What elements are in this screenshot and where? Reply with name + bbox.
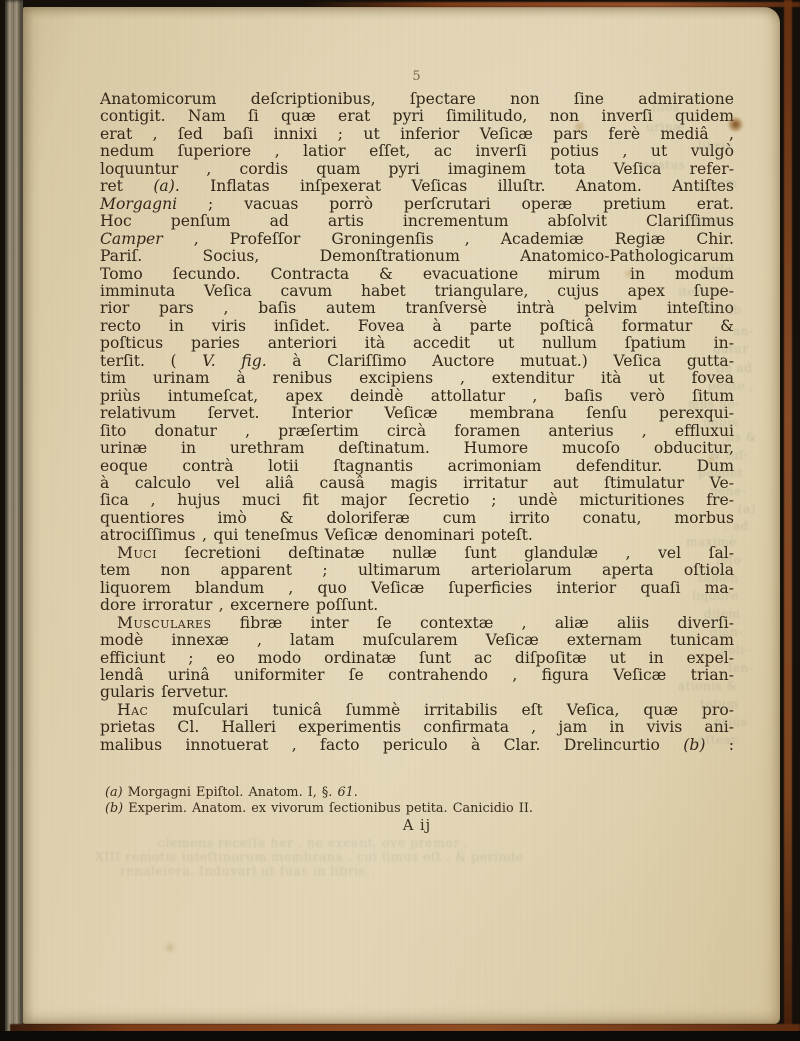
bleedthrough-text: tamen xyxy=(698,571,739,585)
text-line: dore irroratur , excernere poſſunt. xyxy=(100,597,734,614)
text-line: atrociſſimus , qui teneſmus Veſicæ denom… xyxy=(100,527,734,544)
bleedthrough-text: poli- xyxy=(720,643,749,657)
text-segment: fibræ inter ſe contextæ , aliæ aliis div… xyxy=(212,614,734,632)
text-segment: ; vacuas porrò perſcrutari operæ pretium… xyxy=(177,195,734,213)
book-page: 5 Anatomicorum deſcriptionibus, ſpectare… xyxy=(23,7,780,1024)
text-segment: gularis ſervetur. xyxy=(100,683,229,701)
bleedthrough-text: urinæ xyxy=(646,120,685,134)
italic-text: V. fig. xyxy=(202,352,266,370)
text-line: Anatomicorum deſcriptionibus, ſpectare n… xyxy=(100,91,734,108)
gathering-signature: A ij xyxy=(100,818,734,834)
bleedthrough-text: ridant , xyxy=(688,214,737,228)
text-segment: urinæ in urethram deſtinatum. Humore muc… xyxy=(100,439,734,457)
text-line: tim urinam à renibus excipiens , extendi… xyxy=(100,370,734,387)
text-segment: imminuta Veſica cavum habet triangulare,… xyxy=(100,282,734,300)
text-line: imminuta Veſica cavum habet triangulare,… xyxy=(100,283,734,300)
bleedthrough-text: maximè xyxy=(686,535,737,549)
text-segment: . Inflatas inſpexerat Veſicas illuſtr. A… xyxy=(175,177,734,195)
italic-text: (b) xyxy=(105,801,123,816)
bleedthrough-text: renaleiora. Induvari ut ſuas in libris. xyxy=(120,863,370,878)
text-segment: prietas Cl. Halleri experimentis confirm… xyxy=(100,718,734,736)
bleedthrough-text: XIII remotis inteſtinorum membrana , cui… xyxy=(95,849,524,864)
bleedthrough-text: gatur xyxy=(713,342,749,356)
text-segment: Anatomicorum deſcriptionibus, ſpectare n… xyxy=(100,90,734,108)
text-line: poſticus paries anteriori ità accedit ut… xyxy=(100,335,734,352)
text-line: erat , ſed baſi innixi ; ut inferior Veſ… xyxy=(100,126,734,143)
text-segment: malibus innotuerat , facto periculo à Cl… xyxy=(100,736,683,754)
text-segment: ſito donatur , præſertim circà foramen a… xyxy=(100,422,734,440)
bleedthrough-text: totum xyxy=(700,697,738,711)
text-segment: tim urinam à renibus excipiens , extendi… xyxy=(100,369,734,387)
italic-text: Morgagni xyxy=(100,195,177,213)
text-line: urinæ in urethram deſtinatum. Humore muc… xyxy=(100,440,734,457)
text-segment: efficiunt ; eo modo ordinatæ ſunt ac diſ… xyxy=(100,649,734,667)
text-segment: ret xyxy=(100,177,153,195)
page-edges-stack xyxy=(5,0,23,1041)
bleedthrough-text: (a) xyxy=(738,502,756,516)
bleedthrough-text: ationis & xyxy=(678,679,738,693)
text-segment: Morgagni Epiſtol. Anatom. I, §. xyxy=(123,785,338,800)
text-segment: Hoc penſum ad artis incrementum abſolvit… xyxy=(100,212,734,230)
text-segment: . xyxy=(354,785,358,800)
smallcaps-text: Musculares xyxy=(117,614,212,632)
text-line: ſica , hujus muci fit major ſecretio ; u… xyxy=(100,492,734,509)
text-segment: lendâ urinâ uniformiter ſe contrahendo ,… xyxy=(100,666,734,684)
text-segment: quentiores imò & doloriferæ cum irrito c… xyxy=(100,509,734,527)
text-segment: dore irroratur , excernere poſſunt. xyxy=(100,596,378,614)
text-segment: ſecretioni deſtinatæ nullæ ſunt glandulæ… xyxy=(157,544,734,562)
bleedthrough-text: mide- xyxy=(700,262,737,276)
binding-edge-right xyxy=(784,0,792,1041)
text-line: ret (a). Inflatas inſpexerat Veſicas ill… xyxy=(100,178,734,195)
text-line: liquorem blandum , quo Veſicæ ſuperficie… xyxy=(100,580,734,597)
text-line: contigit. Nam ſi quæ erat pyri ſimilitud… xyxy=(100,108,734,125)
binding-edge-top xyxy=(300,2,800,7)
text-segment: erat , ſed baſi innixi ; ut inferior Veſ… xyxy=(100,125,734,143)
bleedthrough-text: pente , xyxy=(708,379,754,393)
text-line: lendâ urinâ uniformiter ſe contrahendo ,… xyxy=(100,667,734,684)
text-segment: priùs intumeſcat, apex deindè attollatur… xyxy=(100,387,734,405)
text-segment: relativum ſervet. Interior Veſicæ membra… xyxy=(100,404,734,422)
bleedthrough-text: oſtear. xyxy=(698,733,740,747)
text-segment: tem non apparent ; ultimarum arteriolaru… xyxy=(100,561,734,579)
text-line: tem non apparent ; ultimarum arteriolaru… xyxy=(100,562,734,579)
bleedthrough-text: pene- xyxy=(710,484,746,498)
italic-text: Camper xyxy=(100,230,163,248)
text-segment: rior pars , baſis autem tranſversè intrà… xyxy=(100,299,734,317)
text-line: Camper , Profeſſor Groningenſis , Academ… xyxy=(100,231,734,248)
foxing-spot xyxy=(163,942,177,953)
bleedthrough-text: an- xyxy=(733,324,753,338)
bleedthrough-text: ile ad xyxy=(716,361,752,375)
text-line: à calculo vel aliâ causâ magis irritatur… xyxy=(100,475,734,492)
book-scan: 5 Anatomicorum deſcriptionibus, ſpectare… xyxy=(0,0,800,1041)
bleedthrough-text: meatus xyxy=(638,158,685,172)
text-line: prietas Cl. Halleri experimentis confirm… xyxy=(100,719,734,736)
text-line: terſit. ( V. fig. à Clariſſimo Auctore m… xyxy=(100,353,734,370)
body-text: Anatomicorum deſcriptionibus, ſpectare n… xyxy=(100,91,734,754)
bleedthrough-text: priùs xyxy=(714,715,748,729)
text-segment: eoque contrà lotii ſtagnantis acrimoniam… xyxy=(100,457,734,475)
text-segment: Pariſ. Socius, Demonſtrationum Anatomico… xyxy=(100,247,734,265)
scan-background xyxy=(0,1031,800,1041)
text-line: Pariſ. Socius, Demonſtrationum Anatomico… xyxy=(100,248,734,265)
bleedthrough-text: do ſub xyxy=(700,303,742,317)
text-line: (a) Morgagni Epiſtol. Anatom. I, §. 61. xyxy=(105,785,717,801)
bleedthrough-text: mus uo- xyxy=(688,397,740,411)
text-segment: contigit. Nam ſi quæ erat pyri ſimilitud… xyxy=(100,107,734,125)
text-segment: modè innexæ , latam muſcularem Veſicæ ex… xyxy=(100,631,734,649)
text-segment: atrociſſimus , qui teneſmus Veſicæ denom… xyxy=(100,526,533,544)
bleedthrough-text: libris xyxy=(698,139,732,153)
bleedthrough-text: ipſo xyxy=(716,553,741,567)
text-line: Hoc penſum ad artis incrementum abſolvit… xyxy=(100,213,734,230)
text-line: malibus innotuerat , facto periculo à Cl… xyxy=(100,737,734,754)
bleedthrough-text: cum xyxy=(710,176,737,190)
bleedthrough-text: & ſuſ- xyxy=(710,448,748,462)
text-segment: muſculari tunicâ ſummè irritabilis eſt V… xyxy=(148,701,734,719)
text-line: rior pars , baſis autem tranſversè intrà… xyxy=(100,300,734,317)
text-line: Morgagni ; vacuas porrò perſcrutari oper… xyxy=(100,196,734,213)
text-segment: Experim. Anatom. ex vivorum ſectionibus … xyxy=(123,801,533,816)
text-line: Musculares fibræ inter ſe contextæ , ali… xyxy=(100,615,734,632)
bleedthrough-text: nobis xyxy=(703,415,738,429)
text-line: gularis ſervetur. xyxy=(100,684,734,701)
text-line: quentiores imò & doloriferæ cum irrito c… xyxy=(100,510,734,527)
text-line: Muci ſecretioni deſtinatæ nullæ ſunt gla… xyxy=(100,545,734,562)
bleedthrough-text: glan- xyxy=(710,625,743,639)
text-line: relativum ſervet. Interior Veſicæ membra… xyxy=(100,405,734,422)
text-line: (b) Experim. Anatom. ex vivorum ſectioni… xyxy=(105,801,717,817)
text-line: Tomo ſecundo. Contracta & evacuatione mi… xyxy=(100,266,734,283)
text-line: priùs intumeſcat, apex deindè attollatur… xyxy=(100,388,734,405)
bleedthrough-text: ; ad xyxy=(724,519,749,533)
italic-text: (a) xyxy=(153,177,174,195)
text-segment: terſit. ( xyxy=(100,352,202,370)
bleedthrough-text: clemens receſſa her , ne exeant, ove pre… xyxy=(158,835,469,850)
text-segment: Tomo ſecundo. Contracta & evacuatione mi… xyxy=(100,265,734,283)
footnotes: (a) Morgagni Epiſtol. Anatom. I, §. 61.(… xyxy=(105,785,717,817)
text-line: modè innexæ , latam muſcularem Veſicæ ex… xyxy=(100,632,734,649)
bleedthrough-text: iterum , xyxy=(678,285,730,299)
text-segment: à Clariſſimo Auctore mutuat.) Veſica gut… xyxy=(267,352,734,370)
bleedthrough-text: dilem xyxy=(704,607,740,621)
text-segment: liquorem blandum , quo Veſicæ ſuperficie… xyxy=(100,579,734,597)
bleedthrough-text: ſen- xyxy=(728,661,753,675)
smallcaps-text: Hac xyxy=(117,701,148,719)
text-segment: à calculo vel aliâ causâ magis irritatur… xyxy=(100,474,734,492)
bleedthrough-text: pondet xyxy=(698,466,743,480)
text-segment: , Profeſſor Groningenſis , Academiæ Regi… xyxy=(163,230,734,248)
text-segment: ſica , hujus muci fit major ſecretio ; u… xyxy=(100,491,734,509)
text-line: Hac muſculari tunicâ ſummè irritabilis e… xyxy=(100,702,734,719)
text-segment: poſticus paries anteriori ità accedit ut… xyxy=(100,334,734,352)
text-segment: recto in viris inſidet. Fovea à parte po… xyxy=(100,317,734,335)
text-line: recto in viris inſidet. Fovea à parte po… xyxy=(100,318,734,335)
bleedthrough-text: illos xyxy=(652,100,679,114)
text-line: ſito donatur , præſertim circà foramen a… xyxy=(100,423,734,440)
smallcaps-text: Muci xyxy=(117,544,157,562)
italic-text: 61 xyxy=(337,785,353,800)
text-line: efficiunt ; eo modo ordinatæ ſunt ac diſ… xyxy=(100,650,734,667)
bleedthrough-text: liquore xyxy=(692,589,739,603)
italic-text: (a) xyxy=(105,785,123,800)
text-line: eoque contrà lotii ſtagnantis acrimoniam… xyxy=(100,458,734,475)
page-number: 5 xyxy=(100,69,734,84)
bleedthrough-text: lis & xyxy=(726,430,757,444)
